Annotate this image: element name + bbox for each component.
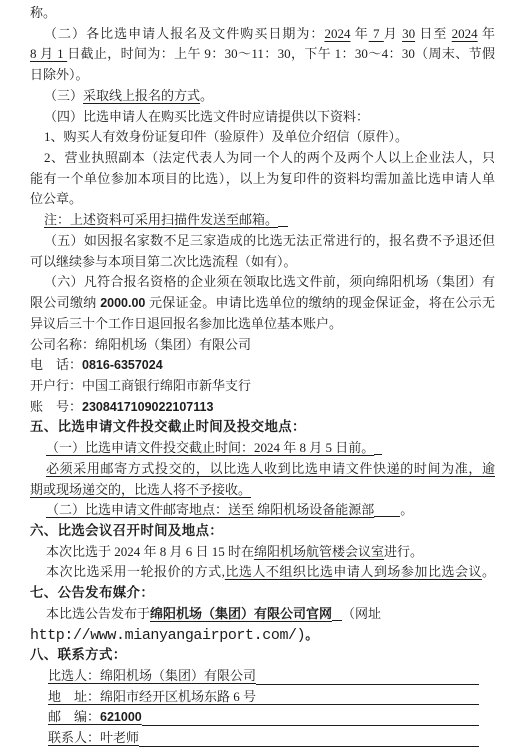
document-page: 称。（二）各比选申请人报名及文件购买日期为：2024 年 7 月 30 日至 2…	[0, 0, 512, 747]
text-run: 联系人：叶老师	[48, 728, 139, 747]
text-line: 日除外）。	[30, 65, 495, 86]
text-run: 邮 编：	[48, 707, 100, 728]
section-heading: 八、联系方式：	[30, 645, 495, 666]
text-run: 公司名称：绵阳机场（集团）有限公司	[30, 337, 251, 352]
text-line: 地 址：绵阳市经开区机场东路 6 号	[30, 687, 495, 708]
text-run: 注：上述资料可采用扫描件发送至邮箱。	[44, 212, 278, 227]
text-run: 元保证金。申请比选单位的缴纳的现金保证金，将在公示无	[145, 295, 495, 310]
text-line: （二）各比选申请人报名及文件购买日期为：2024 年 7 月 30 日至 202…	[30, 24, 495, 45]
text-run: （六）凡符合报名资格的企业须在领取比选文件前，须向绵阳机场（集团）有	[44, 274, 495, 289]
text-run: （五）如因报名家数不足三家造成的比选无法正常进行的，报名费不予退还但	[44, 233, 495, 248]
text-line: 必须采用邮寄方式投交的，以比选人收到比选申请文件快递的时间为准，逾	[30, 459, 495, 480]
text-run: 五、比选申请文件投交截止时间及投交地点：	[30, 419, 306, 434]
text-run: 比选人：绵阳机场（集团）有限公司	[48, 666, 256, 687]
text-run: 进行。	[384, 544, 423, 559]
underline-rule	[256, 704, 479, 705]
text-run: 0816-6357024	[82, 358, 163, 372]
text-line: 位公章。	[30, 189, 495, 210]
text-run: 期或现场递交的，比选人将不予接收。	[30, 482, 251, 497]
text-run: 可以继续参与本项目第二次比选流程（如有）。	[30, 254, 297, 269]
text-run: 日至	[415, 26, 452, 41]
text-line: 本比选公告发布于绵阳机场（集团）有限公司官网（网址	[30, 604, 495, 625]
text-line: 1、购买人有效身份证复印件（验原件）及单位介绍信（原件）。	[30, 127, 495, 148]
text-line: 比选人：绵阳机场（集团）有限公司	[30, 666, 495, 687]
underline-rule	[142, 725, 479, 726]
text-line: 账 号：2308417109022107113	[30, 397, 495, 418]
text-line: （一）比选申请文件投交截止时间：2024 年 8 月 5 日前。	[30, 438, 495, 459]
text-run: 7	[369, 26, 384, 41]
text-line: 8 月 1 日截止，时间为：上午 9：30～11：30，下午 1：30～4：30…	[30, 44, 495, 65]
text-run: 比选人不组织比选申请人到场参加比选会议	[225, 564, 482, 579]
text-run: （一）比选申请文件投交截止时间：2024 年 8 月 5 日前。	[46, 440, 374, 455]
text-line: 注：上述资料可采用扫描件发送至邮箱。	[30, 210, 495, 231]
underline-rule	[332, 620, 342, 621]
text-run: 限公司缴纳	[30, 295, 100, 310]
text-run: 2000.00	[100, 296, 145, 310]
text-run: 月	[384, 26, 402, 41]
text-run: （二）比选申请文件邮寄地点：送至 绵阳机场设备能源部	[46, 502, 374, 517]
text-run: 绵阳机场航管楼会议室	[254, 544, 384, 559]
text-line: 联系人：叶老师	[30, 728, 495, 747]
text-run: 。	[400, 502, 413, 517]
text-run: 本次比选于 2024 年 8 月 6 日 15 时在	[46, 544, 254, 559]
text-line: （五）如因报名家数不足三家造成的比选无法正常进行的，报名费不予退还但	[30, 231, 495, 252]
text-line: 公司名称：绵阳机场（集团）有限公司	[30, 335, 495, 356]
underline-rule	[374, 454, 382, 455]
text-run: http://www.mianyangairport.com/)	[30, 627, 305, 644]
text-line: 2、营业执照副本（法定代表人为同一个人的两个及两个人以上企业法人，只	[30, 148, 495, 169]
text-run: 2024	[324, 26, 350, 41]
text-line: 限公司缴纳 2000.00 元保证金。申请比选单位的缴纳的现金保证金，将在公示无	[30, 293, 495, 314]
text-run: 账 号：	[30, 399, 82, 414]
text-run: 位公章。	[30, 191, 82, 206]
text-run: 。	[482, 564, 495, 579]
text-run: （三）	[44, 88, 83, 103]
text-run: 1、购买人有效身份证复印件（验原件）及单位介绍信（原件）。	[44, 129, 408, 144]
text-run: 日截止，时间为：上午 9：30～11：30，下午 1：30～4：30（周末、节假	[67, 46, 495, 61]
text-run: 称。	[30, 5, 56, 20]
text-run: 。	[305, 627, 318, 642]
text-line: （三）采取线上报名的方式。	[30, 86, 495, 107]
underline-rule	[374, 516, 400, 517]
text-run: 能有一个单位参加本项目的比选），以上为复印件的资料均需加盖比选申请人单	[30, 171, 495, 186]
text-line: 能有一个单位参加本项目的比选），以上为复印件的资料均需加盖比选申请人单	[30, 169, 495, 190]
section-heading: 六、比选会议召开时间及地点：	[30, 521, 495, 542]
text-line: 邮 编：621000	[30, 707, 495, 728]
text-run: 本次比选采用一轮报价的方式,	[46, 564, 225, 579]
text-line: 称。	[30, 3, 495, 24]
text-line: 电 话：0816-6357024	[30, 355, 495, 376]
text-line: （四）比选申请人在购买比选文件时应请提供以下资料：	[30, 107, 495, 128]
underline-rule	[256, 684, 479, 685]
text-run: 日除外）。	[30, 67, 89, 82]
text-run: 8 月 1	[30, 46, 67, 61]
section-heading: 五、比选申请文件投交截止时间及投交地点：	[30, 417, 495, 438]
text-run: （网址	[342, 606, 381, 621]
text-run: （四）比选申请人在购买比选文件时应请提供以下资料：	[44, 109, 369, 124]
text-line: （六）凡符合报名资格的企业须在领取比选文件前，须向绵阳机场（集团）有	[30, 272, 495, 293]
text-run: 七、公告发布媒介：	[30, 585, 154, 600]
text-run: 八、联系方式：	[30, 647, 127, 662]
text-run: 2024	[452, 26, 478, 41]
text-run: 绵阳机场（集团）有限公司官网	[150, 606, 332, 621]
text-run: 2、营业执照副本（法定代表人为同一个人的两个及两个人以上企业法人，只	[44, 150, 495, 165]
text-line: 异议后三十个工作日退回报名参加比选单位基本账户。	[30, 314, 495, 335]
text-run: 开户行：中国工商银行绵阳市新华支行	[30, 378, 251, 393]
text-run: 电 话：	[30, 357, 82, 372]
text-run: 年	[478, 26, 495, 41]
text-run: 六、比选会议召开时间及地点：	[30, 523, 223, 538]
text-line: 本次比选采用一轮报价的方式,比选人不组织比选申请人到场参加比选会议。	[30, 562, 495, 583]
text-run: 采取线上报名的方式	[83, 88, 200, 103]
text-run: 30	[402, 26, 415, 41]
text-run: 地 址：绵阳市经开区机场东路 6 号	[48, 687, 256, 708]
text-run: 必须采用邮寄方式投交的，以比选人收到比选申请文件快递的时间为准，逾	[46, 461, 495, 476]
underline-rule	[278, 226, 288, 227]
text-line: （二）比选申请文件邮寄地点：送至 绵阳机场设备能源部。	[30, 500, 495, 521]
text-line: 本次比选于 2024 年 8 月 6 日 15 时在绵阳机场航管楼会议室进行。	[30, 542, 495, 563]
text-run: 异议后三十个工作日退回报名参加比选单位基本账户。	[30, 316, 342, 331]
text-run: 。	[200, 88, 213, 103]
text-run: 621000	[100, 707, 142, 728]
text-line: 期或现场递交的，比选人将不予接收。	[30, 480, 495, 501]
text-line: http://www.mianyangairport.com/)。	[30, 625, 495, 646]
text-run: （二）各比选申请人报名及文件购买日期为：	[44, 26, 324, 41]
text-line: 可以继续参与本项目第二次比选流程（如有）。	[30, 252, 495, 273]
text-run: 2308417109022107113	[82, 400, 213, 414]
text-run: 年	[350, 26, 368, 41]
section-heading: 七、公告发布媒介：	[30, 583, 495, 604]
text-line: 开户行：中国工商银行绵阳市新华支行	[30, 376, 495, 397]
text-run: 本比选公告发布于	[46, 606, 150, 621]
